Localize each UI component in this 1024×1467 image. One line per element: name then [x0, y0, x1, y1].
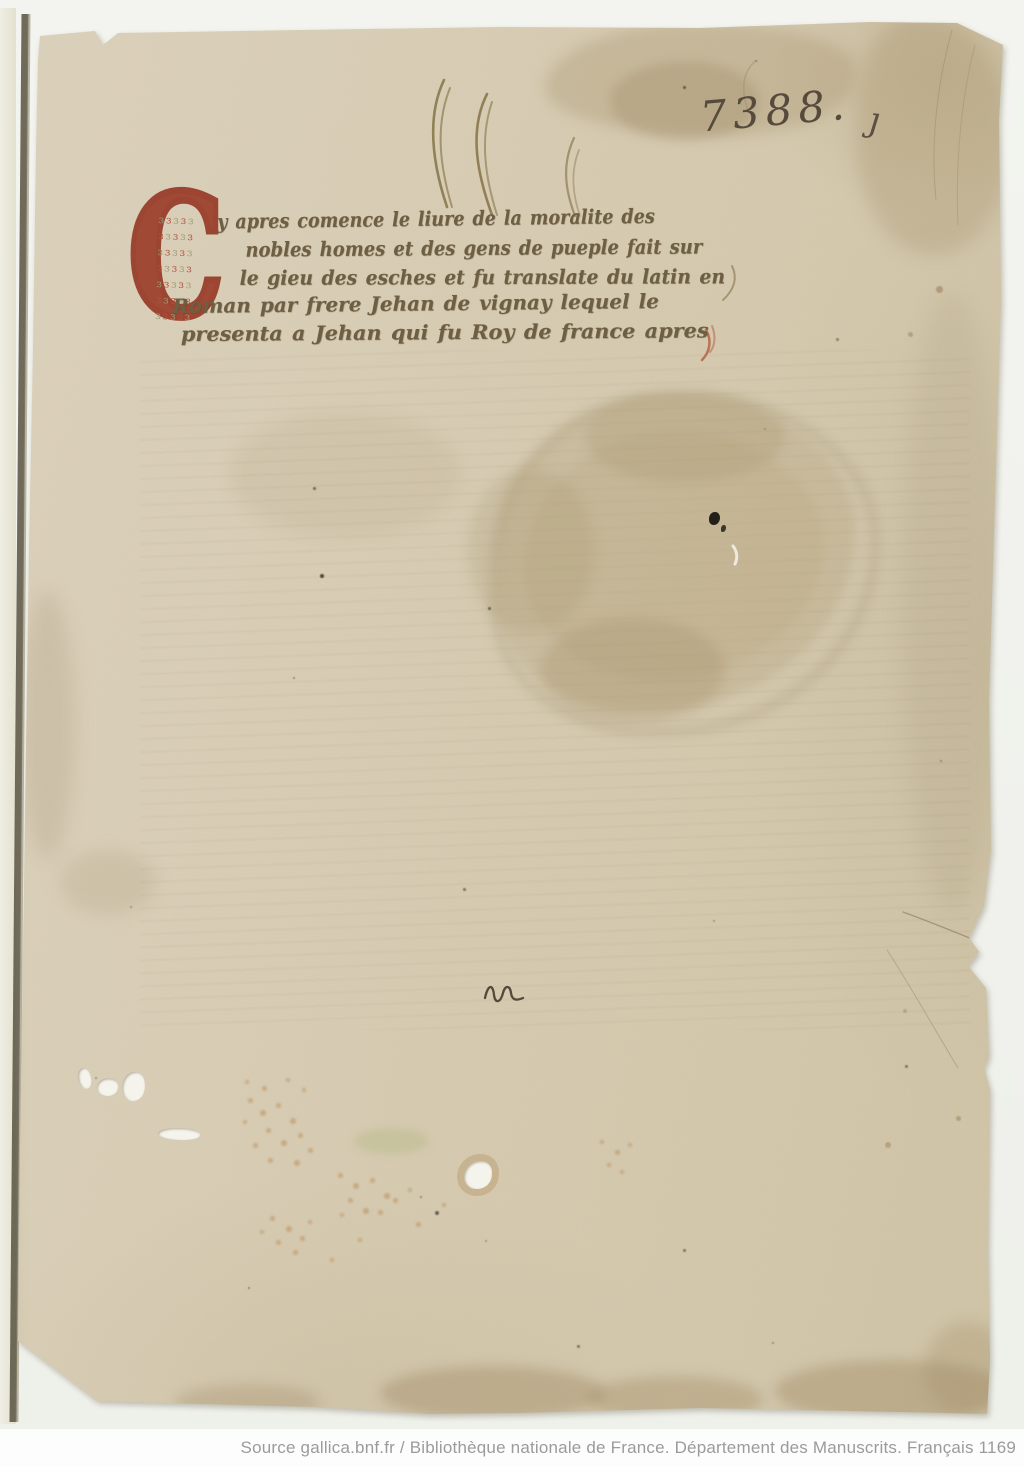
folio-number: ȷ: [867, 100, 882, 141]
parchment: C ɜɜɜɜɜɜɜɜɜɜɜɜɜɜɜɜɜɜɜɜɜɜɜɜɜɜɜɜɜɜɜɜɜɜɜ y …: [0, 0, 1024, 1429]
foxing-spot: [302, 1088, 306, 1092]
foxing-spot: [378, 1210, 383, 1215]
foxing-spot: [262, 1086, 267, 1091]
speck: [248, 1287, 250, 1289]
parchment-wrap: C ɜɜɜɜɜɜɜɜɜɜɜɜɜɜɜɜɜɜɜɜɜɜɜɜɜɜɜɜɜɜɜɜɜɜɜ y …: [0, 0, 1024, 1429]
speck: [293, 677, 295, 679]
scan-background: C ɜɜɜɜɜɜɜɜɜɜɜɜɜɜɜɜɜɜɜɜɜɜɜɜɜɜɜɜɜɜɜɜɜɜɜ y …: [0, 0, 1024, 1429]
speck: [313, 487, 316, 490]
shelfmark: 7388.: [698, 80, 852, 142]
stain: [60, 850, 155, 915]
manuscript-text-line: Roman par frere Jehan de vignay lequel l…: [170, 286, 770, 320]
stain: [925, 1322, 1010, 1417]
foxing-spot: [340, 1213, 344, 1217]
foxing-spot: [308, 1220, 312, 1224]
speck: [683, 1249, 686, 1252]
foxing-spot: [353, 1183, 359, 1189]
speck: [908, 332, 913, 337]
foxing-spot: [286, 1078, 290, 1082]
speck: [130, 906, 132, 908]
foxing-spot: [408, 1188, 412, 1192]
foxing-spot: [266, 1128, 271, 1133]
foxing-spot: [620, 1170, 624, 1174]
speck: [885, 1142, 891, 1148]
foxing-spot: [253, 1143, 258, 1148]
foxing-spot: [270, 1216, 275, 1221]
stain: [490, 392, 880, 736]
manuscript-text-line: presenta a Jehan qui fu Roy de france ap…: [170, 316, 794, 348]
foxing-spot: [628, 1143, 632, 1147]
stain: [354, 1128, 429, 1154]
speck: [936, 286, 943, 293]
verso-showthrough: [140, 350, 970, 1030]
foxing-spot: [260, 1230, 264, 1234]
foxing-spot: [276, 1240, 281, 1245]
stain: [540, 618, 725, 723]
stain: [468, 468, 593, 633]
speck: [772, 1342, 774, 1344]
foxing-spot: [281, 1140, 287, 1146]
manuscript-text-line: nobles homes et des gens de pueple fait …: [170, 232, 710, 264]
manuscript-text-line: y apres comence le liure de la moralite …: [169, 201, 697, 236]
speck: [463, 888, 466, 891]
stain: [497, 398, 855, 710]
stain: [588, 1376, 763, 1422]
foxing-spot: [600, 1140, 604, 1144]
speck: [764, 428, 766, 430]
speck: [755, 60, 757, 62]
foxing-spot: [358, 1238, 362, 1242]
footer-credit-bar: Source gallica.bnf.fr / Bibliothèque nat…: [0, 1429, 1024, 1467]
stain: [902, 292, 1002, 912]
manuscript-text-block: y apres comence le liure de la moralite …: [170, 204, 771, 348]
foxing-spot: [276, 1103, 281, 1108]
speck: [95, 1077, 97, 1079]
foxing-spot: [370, 1178, 375, 1183]
stain: [175, 1384, 320, 1420]
speck: [956, 1116, 961, 1121]
hole: [121, 1071, 146, 1102]
foxing-spot: [300, 1236, 305, 1241]
hole: [75, 1067, 94, 1091]
stain: [525, 432, 823, 680]
speck: [836, 338, 839, 341]
foxing-spot: [338, 1173, 343, 1178]
foxing-spot: [293, 1250, 298, 1255]
speck: [713, 920, 715, 922]
speck: [435, 1211, 439, 1215]
foxing-spot: [607, 1163, 611, 1167]
ink-blot: [709, 512, 720, 525]
speck: [577, 1345, 580, 1348]
foxing-spot: [330, 1258, 334, 1262]
foxing-spot: [416, 1222, 421, 1227]
stain: [230, 412, 460, 537]
foxing-spot: [393, 1198, 398, 1203]
hole: [158, 1127, 201, 1142]
foxing-spot: [298, 1133, 303, 1138]
foxing-spot: [245, 1080, 249, 1084]
speck: [488, 607, 491, 610]
hole: [95, 1076, 119, 1098]
foxing-spot: [615, 1150, 620, 1155]
foxing-spot: [286, 1226, 292, 1232]
foxing-spot: [268, 1158, 273, 1163]
stain: [20, 590, 75, 860]
foxing-spot: [290, 1118, 296, 1124]
speck: [683, 86, 686, 89]
foxing-spot: [384, 1193, 390, 1199]
foxing-spot: [348, 1198, 353, 1203]
stain: [380, 1366, 605, 1420]
footer-credit-text: Source gallica.bnf.fr / Bibliothèque nat…: [241, 1438, 1016, 1458]
foxing-spot: [363, 1208, 369, 1214]
foxing-spot: [308, 1148, 313, 1153]
foxing-spot: [243, 1120, 247, 1124]
speck: [420, 1196, 422, 1198]
speck: [485, 1240, 487, 1242]
foxing-spot: [294, 1160, 300, 1166]
gallica-scan-page: { "shelfmark": "7388.", "folio_mark": "ȷ…: [0, 0, 1024, 1467]
speck: [320, 574, 324, 578]
stain: [585, 392, 785, 482]
stain: [856, 14, 1012, 254]
stain: [775, 1360, 1010, 1422]
hole: [464, 1161, 492, 1189]
foxing-spot: [248, 1098, 253, 1103]
speck: [940, 760, 942, 762]
speck: [905, 1065, 908, 1068]
foxing-spot: [260, 1110, 266, 1116]
foxing-spot: [442, 1203, 446, 1207]
speck: [903, 1009, 907, 1013]
